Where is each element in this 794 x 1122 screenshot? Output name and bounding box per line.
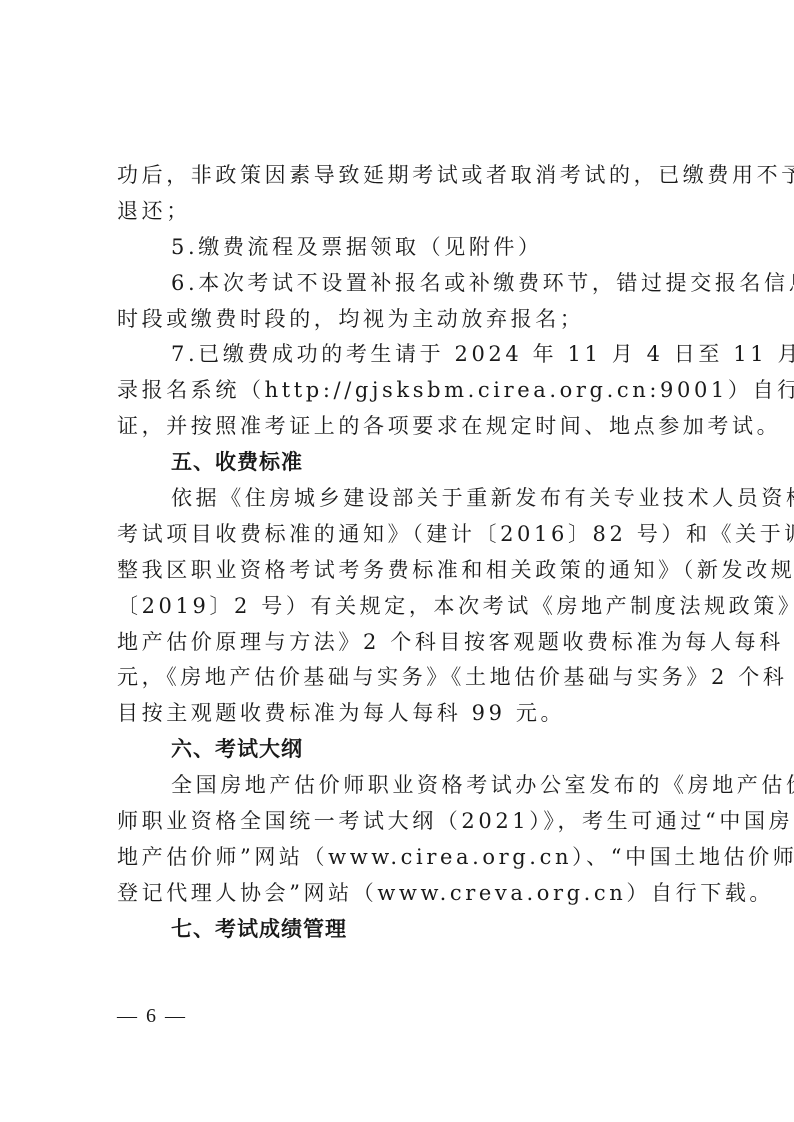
- paragraph-item-5: 5.缴费流程及票据领取（见附件）: [117, 230, 691, 266]
- text-line: 时段或缴费时段的，均视为主动放弃报名；: [117, 302, 691, 338]
- text-line: 考试项目收费标准的通知》（建计〔2016〕82 号）和《关于调: [117, 517, 691, 553]
- text-line: 目按主观题收费标准为每人每科 99 元。: [117, 696, 691, 732]
- paragraph-syllabus: 全国房地产估价师职业资格考试办公室发布的《房地产估价 师职业资格全国统一考试大纲…: [117, 768, 691, 912]
- text-line: 功后，非政策因素导致延期考试或者取消考试的，已缴费用不予: [117, 158, 691, 194]
- paragraph-item-7: 7.已缴费成功的考生请于 2024 年 11 月 4 日至 11 月 10 日登…: [117, 337, 691, 445]
- section-heading-exam-syllabus: 六、考试大纲: [117, 732, 691, 768]
- text-line: 地产估价原理与方法》2 个科目按客观题收费标准为每人每科 95: [117, 625, 691, 661]
- text-line: 〔2019〕2 号）有关规定，本次考试《房地产制度法规政策》《房: [117, 589, 691, 625]
- text-line: 5.缴费流程及票据领取（见附件）: [117, 230, 691, 266]
- text-line: 整我区职业资格考试考务费标准和相关政策的通知》（新发改规: [117, 553, 691, 589]
- text-line: 证，并按照准考证上的各项要求在规定时间、地点参加考试。: [117, 409, 691, 445]
- section-heading-fee-standard: 五、收费标准: [117, 445, 691, 481]
- text-line: 依据《住房城乡建设部关于重新发布有关专业技术人员资格: [117, 481, 691, 517]
- text-line: 录报名系统（http://gjsksbm.cirea.org.cn:9001）自…: [117, 373, 691, 409]
- text-line: 6.本次考试不设置补报名或补缴费环节，错过提交报名信息: [117, 266, 691, 302]
- text-line: 师职业资格全国统一考试大纲（2021）》，考生可通过“中国房: [117, 804, 691, 840]
- text-line: 地产估价师”网站（www.cirea.org.cn）、“中国土地估价师与土地: [117, 840, 691, 876]
- text-line: 7.已缴费成功的考生请于 2024 年 11 月 4 日至 11 月 10 日登: [117, 337, 691, 373]
- text-line: 全国房地产估价师职业资格考试办公室发布的《房地产估价: [117, 768, 691, 804]
- paragraph-fee-basis: 依据《住房城乡建设部关于重新发布有关专业技术人员资格 考试项目收费标准的通知》（…: [117, 481, 691, 732]
- text-line: 登记代理人协会”网站（www.creva.org.cn）自行下载。: [117, 876, 691, 912]
- paragraph-refund-policy: 功后，非政策因素导致延期考试或者取消考试的，已缴费用不予 退还；: [117, 158, 691, 230]
- paragraph-item-6: 6.本次考试不设置补报名或补缴费环节，错过提交报名信息 时段或缴费时段的，均视为…: [117, 266, 691, 338]
- page-number: — 6 —: [117, 1002, 187, 1030]
- text-line: 元，《房地产估价基础与实务》《土地估价基础与实务》2 个科: [117, 660, 691, 696]
- text-line: 退还；: [117, 194, 691, 230]
- section-heading-score-management: 七、考试成绩管理: [117, 912, 691, 948]
- document-page: 功后，非政策因素导致延期考试或者取消考试的，已缴费用不予 退还； 5.缴费流程及…: [117, 158, 691, 948]
